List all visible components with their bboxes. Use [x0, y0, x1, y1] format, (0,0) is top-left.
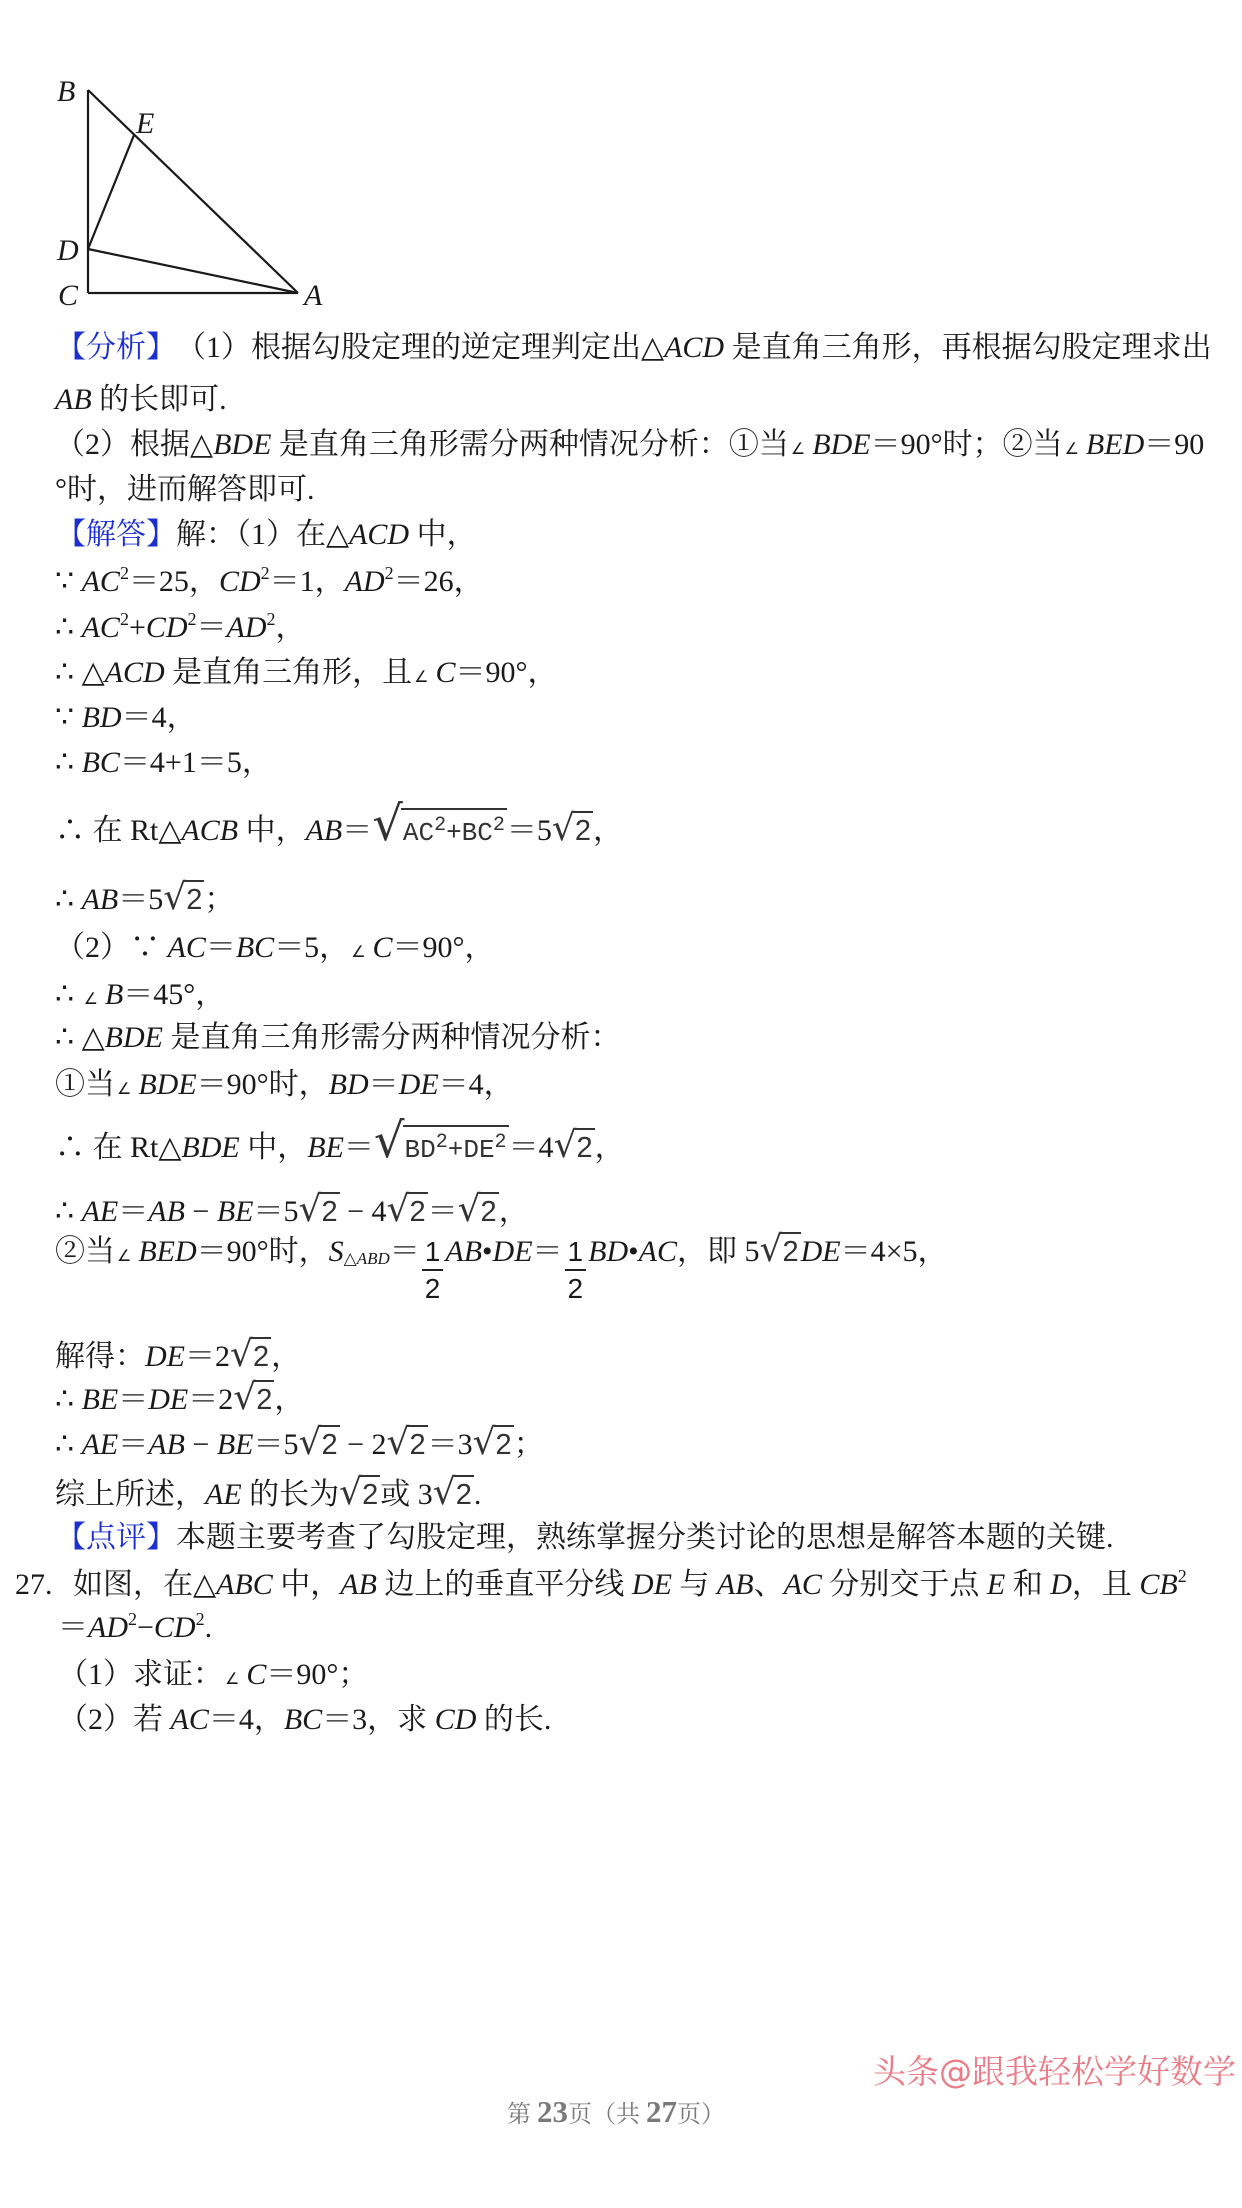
text-run: − 4 — [340, 1190, 387, 1234]
square-root: √2 — [552, 811, 593, 846]
superscript: 2 — [385, 564, 394, 582]
math-variable: AC — [168, 926, 206, 970]
radical-sign-icon: √ — [387, 1195, 410, 1225]
text-run: 或 3 — [380, 1473, 433, 1517]
text-run: 解得： — [55, 1335, 145, 1379]
math-variable: BED — [138, 1230, 196, 1274]
text-run: ＝5 — [253, 1423, 298, 1467]
square-root: √2 — [759, 1232, 800, 1267]
square-root: √2 — [230, 1337, 271, 1372]
math-variable: C — [436, 651, 456, 695]
math-variable: C — [246, 1653, 266, 1697]
fraction: 12 — [565, 1238, 587, 1303]
text-run: 是直角三角形，再根据勾股定理求出 — [724, 326, 1212, 370]
angle-symbol: ∠ — [414, 669, 428, 685]
math-variable: BE — [82, 1378, 119, 1422]
text-run: ＝ — [344, 1126, 374, 1170]
text-run: ＝2 — [188, 1378, 233, 1422]
radical-sign-icon: √ — [298, 1195, 321, 1225]
text-run: ＝3，求 — [322, 1698, 435, 1742]
solution-tag: 【解答】 — [56, 513, 176, 557]
segment-ba — [88, 90, 298, 293]
text-run: ＝90 — [1144, 423, 1204, 467]
radicand: 2 — [573, 811, 593, 846]
label-b: B — [57, 75, 75, 108]
text-run: ＝ — [390, 1230, 420, 1274]
text-run: − — [185, 1423, 217, 1467]
radicand: 2 — [780, 1232, 800, 1267]
square-root: √2 — [387, 1425, 428, 1460]
text-run: ＝90°； — [266, 1653, 368, 1697]
text-run: 、 — [754, 1563, 784, 1607]
text-run: °时，进而解答即可. — [55, 468, 315, 512]
math-variable: AD — [227, 606, 267, 650]
math-variable: AB — [306, 809, 343, 853]
text-run: ＝5， — [274, 926, 349, 970]
text-run: + — [129, 606, 146, 650]
text-run: 的长为 — [242, 1473, 340, 1517]
fraction: 12 — [422, 1238, 444, 1303]
triangle-lines — [88, 90, 298, 293]
math-variable: BE — [307, 1126, 344, 1170]
math-variable: BDE — [213, 423, 271, 467]
radicand: 2 — [254, 1380, 274, 1415]
review-tag: 【点评】 — [56, 1516, 176, 1560]
text-run: ； — [514, 1423, 544, 1467]
text-run: ∴ — [55, 1423, 82, 1467]
solution-line-7: ∴ 在 Rt△ ACB 中， AB ＝ √AC2+BC2 ＝5 √2 ， — [55, 808, 623, 852]
text-run: ∴ — [55, 878, 82, 922]
text-run: 中， — [273, 1563, 341, 1607]
text-run: ＝4 — [509, 1126, 554, 1170]
analysis-line-2: AB 的长即可. — [55, 378, 227, 422]
text-run: 分别交于点 — [822, 1563, 987, 1607]
math-variable: AB — [55, 378, 92, 422]
superscript: 2 — [120, 610, 129, 628]
math-variable: DE — [148, 1378, 188, 1422]
text-run: 是直角三角形需分两种情况分析：①当 — [271, 423, 789, 467]
text-run: ＝4， — [122, 696, 197, 740]
math-variable: AC — [82, 606, 120, 650]
solution-line-19: 综上所述， AE 的长为 √2 或 3 √2 . — [55, 1473, 481, 1517]
text-run: ∵ — [55, 560, 82, 604]
text-run: 是直角三角形需分两种情况分析： — [163, 1016, 621, 1060]
subscript: △ABD — [344, 1250, 390, 1267]
fraction-denominator: 2 — [425, 1271, 441, 1303]
math-variable: BC — [284, 1698, 322, 1742]
angle-symbol: ∠ — [84, 991, 98, 1007]
label-e: E — [135, 107, 154, 140]
text-run: ＝ — [118, 1190, 148, 1234]
math-variable: CB — [1139, 1563, 1177, 1607]
text-run: 解：（1）在△ — [176, 513, 349, 557]
math-variable: S — [329, 1230, 344, 1274]
math-variable: CD — [146, 606, 188, 650]
page-number: 第 23 页（共 27 页） — [507, 2092, 725, 2132]
text-run: ，且 — [1072, 1563, 1140, 1607]
solution-line-14: ∴ AE ＝ AB − BE ＝5 √2 − 4 √2 ＝ √2 ， — [55, 1190, 529, 1234]
text-run: 是直角三角形，且 — [165, 651, 413, 695]
text-run: （2）若 — [58, 1698, 171, 1742]
math-variable: BE — [217, 1423, 254, 1467]
radical-sign-icon: √ — [298, 1428, 321, 1458]
text-run: +BC — [446, 818, 493, 848]
math-variable: D — [1050, 1563, 1072, 1607]
text-run: ＝5 — [507, 809, 552, 853]
analysis-line-4: °时，进而解答即可. — [55, 468, 315, 512]
page-text: 页） — [677, 2095, 725, 2135]
radicand: 2 — [251, 1337, 271, 1372]
text-run: BD — [405, 1135, 436, 1165]
text-run: 中， — [238, 809, 306, 853]
math-variable: DE — [632, 1563, 672, 1607]
radical-sign-icon: √ — [552, 814, 575, 844]
label-d: D — [56, 234, 79, 267]
square-root: √2 — [298, 1425, 339, 1460]
superscript: 2 — [493, 814, 505, 837]
text-run: 中， — [240, 1126, 308, 1170]
problem-27-line-1: 27. 如图，在△ ABC 中， AB 边上的垂直平分线 DE 与 AB 、 A… — [15, 1563, 1187, 1607]
math-variable: BD — [588, 1230, 628, 1274]
square-root: √2 — [339, 1475, 380, 1510]
text-run: ， — [499, 1190, 529, 1234]
text-run: ＝5 — [118, 878, 163, 922]
current-page: 23 — [537, 2092, 568, 2132]
triangle-diagram: B E D C A — [0, 0, 360, 320]
radicand: BD2+DE2 — [403, 1125, 509, 1165]
solution-line-6: ∴ BC ＝4+1＝5， — [55, 741, 272, 785]
math-variable: C — [373, 926, 393, 970]
radical-sign-icon: √ — [473, 1428, 496, 1458]
text-run: ＝ — [342, 809, 372, 853]
math-variable: AB — [445, 1230, 482, 1274]
text-run: （2）根据△ — [55, 423, 213, 467]
math-variable: BED — [1086, 423, 1144, 467]
math-variable: ABC — [216, 1563, 273, 1607]
square-root: √2 — [387, 1192, 428, 1227]
square-root: √2 — [433, 1475, 474, 1510]
solution-line-4: ∴ △ ACD 是直角三角形，且 ∠ C ＝90°， — [55, 651, 558, 695]
radicand: 2 — [575, 1128, 595, 1163]
radicand: 2 — [319, 1192, 339, 1227]
math-variable: AB — [148, 1190, 185, 1234]
math-variable: ACD — [349, 513, 409, 557]
total-pages: 27 — [646, 2092, 677, 2132]
text-run: 边上的垂直平分线 — [377, 1563, 632, 1607]
solution-line-11: ∴ △ BDE 是直角三角形需分两种情况分析： — [55, 1016, 621, 1060]
text-run: ①当 — [55, 1063, 115, 1107]
text-run: 本题主要考查了勾股定理，熟练掌握分类讨论的思想是解答本题的关键. — [176, 1516, 1114, 1560]
superscript: 2 — [1178, 1567, 1187, 1585]
text-run: ∴ △ — [55, 1016, 105, 1060]
square-root: √2 — [163, 880, 204, 915]
text-run: − — [137, 1606, 154, 1650]
fraction-numerator: 1 — [422, 1238, 444, 1271]
solution-line-16: 解得： DE ＝2 √2 ， — [55, 1335, 301, 1379]
math-variable: ACB — [181, 809, 238, 853]
text-run: ＝ — [118, 1423, 148, 1467]
text-run: ＝2 — [185, 1335, 230, 1379]
angle-symbol: ∠ — [1065, 441, 1079, 457]
text-run: ＝90°时；②当 — [871, 423, 1063, 467]
text-run: ＝ — [118, 1378, 148, 1422]
radicand: 2 — [184, 880, 204, 915]
solution-line-17: ∴ BE ＝ DE ＝2 √2 ， — [55, 1378, 304, 1422]
text-run: （1）求证： — [58, 1653, 223, 1697]
math-variable: CD — [154, 1606, 196, 1650]
solution-line-8: ∴ AB ＝5 √2 ； — [55, 878, 234, 922]
solution-line-13: ∴ 在 Rt△ BDE 中， BE ＝ √BD2+DE2 ＝4 √2 ， — [55, 1125, 625, 1169]
text-run: 的长即可. — [92, 378, 227, 422]
text-run: ＝4+1＝5， — [120, 741, 272, 785]
text-run: ＝ — [428, 1190, 458, 1234]
document-page: B E D C A 【分析】 （1）根据勾股定理的逆定理判定出△ ACD 是直角… — [0, 0, 1242, 2208]
analysis-line-1: 【分析】 （1）根据勾股定理的逆定理判定出△ ACD 是直角三角形，再根据勾股定… — [56, 326, 1212, 370]
radical-sign-icon: √ — [230, 1340, 253, 1370]
math-variable: DE — [801, 1230, 841, 1274]
math-variable: B — [105, 973, 123, 1017]
watermark: 头条@跟我轻松学好数学 — [873, 2052, 1236, 2092]
text-run: ∴ — [55, 973, 82, 1017]
fraction-numerator: 1 — [565, 1238, 587, 1271]
text-run: ∴ — [55, 741, 82, 785]
solution-line-9: （2）∵ AC ＝ BC ＝5， ∠ C ＝90°， — [55, 926, 495, 970]
problem-27-part-1: （1）求证： ∠ C ＝90°； — [58, 1653, 368, 1697]
radicand: AC2+BC2 — [401, 808, 507, 848]
text-run: ＝ — [206, 926, 236, 970]
radical-sign-icon: √ — [387, 1428, 410, 1458]
text-run: 如图，在△ — [73, 1563, 216, 1607]
math-variable: CD — [435, 1698, 477, 1742]
math-variable: CD — [219, 560, 261, 604]
text-run: ∴ △ — [55, 651, 105, 695]
superscript: 2 — [196, 1610, 205, 1628]
solution-line-2: ∵ AC 2 ＝25， CD 2 ＝1， AD 2 ＝26， — [55, 560, 484, 604]
angle-symbol: ∠ — [351, 944, 365, 960]
radical-sign-icon: √ — [759, 1235, 782, 1265]
radicand: 2 — [360, 1475, 380, 1510]
angle-symbol: ∠ — [117, 1248, 131, 1264]
math-variable: AD — [345, 560, 385, 604]
text-run: ＝25， — [129, 560, 219, 604]
superscript: 2 — [128, 1610, 137, 1628]
text-run: ＝90°， — [393, 926, 495, 970]
square-root: √2 — [473, 1425, 514, 1460]
text-run: ∴ — [55, 606, 82, 650]
square-root: √2 — [233, 1380, 274, 1415]
text-run: ∴ 在 Rt△ — [55, 1126, 181, 1170]
superscript: 2 — [188, 610, 197, 628]
math-variable: AC — [82, 560, 120, 604]
text-run: • — [628, 1230, 639, 1274]
text-run: 中， — [409, 513, 477, 557]
text-run: ； — [204, 878, 234, 922]
text-run: − 2 — [340, 1423, 387, 1467]
solution-line-12: ①当 ∠ BDE ＝90°时， BD ＝ DE ＝4， — [55, 1063, 514, 1107]
math-variable: AB — [148, 1423, 185, 1467]
analysis-tag: 【分析】 — [56, 326, 176, 370]
text-run: ＝ — [369, 1063, 399, 1107]
angle-symbol: ∠ — [117, 1081, 131, 1097]
text-run: ②当 — [55, 1230, 115, 1274]
radical-sign-icon: √ — [163, 883, 186, 913]
label-c: C — [58, 279, 79, 312]
square-root: √2 — [298, 1192, 339, 1227]
text-run: ， — [593, 809, 623, 853]
angle-symbol: ∠ — [225, 1671, 239, 1687]
math-variable: AC — [639, 1230, 677, 1274]
square-root: √AC2+BC2 — [372, 808, 507, 848]
math-variable: DE — [145, 1335, 185, 1379]
radical-sign-icon: √ — [433, 1478, 456, 1508]
math-variable: AE — [82, 1423, 119, 1467]
text-run: ＝4， — [439, 1063, 514, 1107]
radicand: 2 — [454, 1475, 474, 1510]
radicand: 2 — [319, 1425, 339, 1460]
analysis-line-3: （2）根据△ BDE 是直角三角形需分两种情况分析：①当 ∠ BDE ＝90°时… — [55, 423, 1204, 467]
text-run: （2）∵ — [55, 926, 168, 970]
math-variable: ACD — [105, 651, 165, 695]
text-run: ＝45°， — [123, 973, 225, 1017]
radicand: 2 — [407, 1192, 427, 1227]
text-run: ＝90°时， — [197, 1230, 329, 1274]
text-run: ＝ — [197, 606, 227, 650]
solution-line-3: ∴ AC 2 + CD 2 ＝ AD 2 ， — [55, 606, 306, 650]
problem-27-line-2: ＝ AD 2 − CD 2 . — [58, 1606, 212, 1650]
text-run: ＝90°， — [456, 651, 558, 695]
fraction-denominator: 2 — [568, 1271, 584, 1303]
square-root: √2 — [554, 1128, 595, 1163]
segment-de — [88, 135, 134, 249]
text-run: 和 — [1005, 1563, 1050, 1607]
text-run: ＝3 — [428, 1423, 473, 1467]
solution-line-15: ②当 ∠ BED ＝90°时， S △ABD ＝ 12 AB • DE ＝ 12… — [55, 1230, 948, 1274]
math-variable: AB — [340, 1563, 377, 1607]
math-variable: AE — [82, 1190, 119, 1234]
text-run: . — [474, 1473, 482, 1517]
page-text: 第 — [507, 2095, 537, 2135]
review-line: 【点评】 本题主要考查了勾股定理，熟练掌握分类讨论的思想是解答本题的关键. — [56, 1516, 1114, 1560]
math-variable: BE — [217, 1190, 254, 1234]
solution-line-1: 【解答】 解：（1）在△ ACD 中， — [56, 513, 477, 557]
radicand: 2 — [479, 1192, 499, 1227]
text-run: 与 — [672, 1563, 717, 1607]
math-variable: AB — [82, 878, 119, 922]
solution-line-10: ∴ ∠ B ＝45°， — [55, 973, 225, 1017]
radical-sign-icon: √ — [374, 1126, 405, 1156]
text-run: ＝1， — [270, 560, 345, 604]
radical-sign-icon: √ — [233, 1383, 256, 1413]
math-variable: BC — [236, 926, 274, 970]
problem-27-part-2: （2）若 AC ＝4， BC ＝3，求 CD 的长. — [58, 1698, 551, 1742]
square-root: √2 — [458, 1192, 499, 1227]
text-run: ∴ 在 Rt△ — [55, 809, 181, 853]
text-run: AC — [403, 818, 434, 848]
math-variable: AB — [717, 1563, 754, 1607]
text-run: ＝26， — [394, 560, 484, 604]
superscript: 2 — [261, 564, 270, 582]
radical-sign-icon: √ — [554, 1131, 577, 1161]
text-run: ， — [274, 1378, 304, 1422]
math-variable: BDE — [105, 1016, 163, 1060]
square-root: √BD2+DE2 — [374, 1125, 509, 1165]
text-run: ＝ — [58, 1606, 88, 1650]
text-run: ∴ — [55, 1190, 82, 1234]
superscript: 2 — [120, 564, 129, 582]
text-run: ＝4， — [209, 1698, 284, 1742]
superscript: 2 — [495, 1131, 507, 1154]
text-run: • — [482, 1230, 493, 1274]
radical-sign-icon: √ — [372, 809, 403, 839]
text-run: ＝90°时， — [197, 1063, 329, 1107]
text-run: ∴ — [55, 1378, 82, 1422]
math-variable: BD — [329, 1063, 369, 1107]
text-run: ，即 5 — [677, 1230, 760, 1274]
math-variable: DE — [493, 1230, 533, 1274]
radical-sign-icon: √ — [339, 1478, 362, 1508]
math-variable: AC — [784, 1563, 822, 1607]
text-run: 的长. — [476, 1698, 551, 1742]
solution-line-5: ∵ BD ＝4， — [55, 696, 197, 740]
math-variable: BDE — [812, 423, 870, 467]
math-variable: AE — [205, 1473, 242, 1517]
superscript: 2 — [436, 1131, 448, 1154]
math-variable: ACD — [664, 326, 724, 370]
page-text: 页（共 — [568, 2095, 646, 2135]
math-variable: E — [987, 1563, 1005, 1607]
text-run: 综上所述， — [55, 1473, 205, 1517]
superscript: 2 — [434, 814, 446, 837]
math-variable: BC — [82, 741, 120, 785]
segment-da — [88, 249, 298, 293]
math-variable: BDE — [181, 1126, 239, 1170]
text-run: ∵ — [55, 696, 82, 740]
radicand: 2 — [407, 1425, 427, 1460]
label-a: A — [302, 279, 323, 312]
math-variable: DE — [399, 1063, 439, 1107]
superscript: 2 — [267, 610, 276, 628]
text-run: ＝4×5， — [841, 1230, 948, 1274]
text-run: ， — [595, 1126, 625, 1170]
math-variable: BDE — [138, 1063, 196, 1107]
angle-symbol: ∠ — [791, 441, 805, 457]
text-run: . — [205, 1606, 213, 1650]
text-run: +DE — [448, 1135, 495, 1165]
radical-sign-icon: √ — [458, 1195, 481, 1225]
text-run: ， — [276, 606, 306, 650]
math-variable: AD — [88, 1606, 128, 1650]
text-run: （1）根据勾股定理的逆定理判定出△ — [176, 326, 664, 370]
problem-number: 27. — [15, 1563, 73, 1607]
math-variable: AC — [171, 1698, 209, 1742]
math-variable: BD — [82, 696, 122, 740]
text-run: ， — [271, 1335, 301, 1379]
radicand: 2 — [494, 1425, 514, 1460]
text-run: ＝ — [533, 1230, 563, 1274]
text-run: − — [185, 1190, 217, 1234]
solution-line-18: ∴ AE ＝ AB − BE ＝5 √2 − 2 √2 ＝3 √2 ； — [55, 1423, 544, 1467]
text-run: ＝5 — [253, 1190, 298, 1234]
